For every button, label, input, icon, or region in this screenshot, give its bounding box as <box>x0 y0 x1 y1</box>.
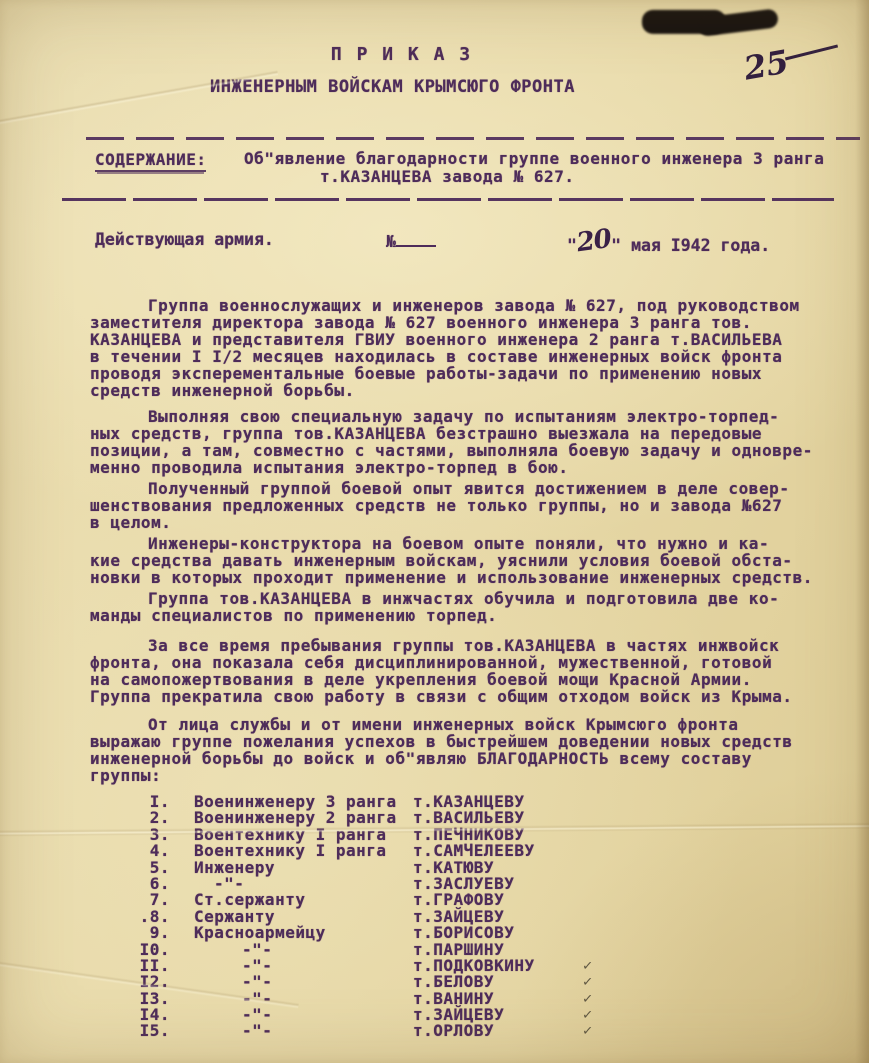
paragraph-line: Полученный группой боевой опыт явится до… <box>90 480 856 497</box>
paragraph-4: Инженеры-конструктора на боевом опыте по… <box>90 535 856 586</box>
paragraph-line: выражаю группе пожелания успехов в быстр… <box>90 733 856 750</box>
paragraph-line: заместителя директора завода № 627 военн… <box>90 314 856 331</box>
paragraph-line: шенствования предложенных средств не тол… <box>90 497 856 514</box>
separator-line-top <box>86 137 860 140</box>
check-icon: ✓ <box>581 959 594 976</box>
paragraph-line: средств инженерной борьбы. <box>90 382 856 399</box>
redaction-mark <box>641 1 781 43</box>
doc-subtitle: ИНЖЕНЕРНЫМ ВОЙСКАМ КРЫМСЮГО ФРОНТА <box>0 77 785 97</box>
check-icon: ✓ <box>581 1024 594 1041</box>
paragraph-1: Группа военнослужащих и инженеров завода… <box>90 297 856 399</box>
paragraph-line: группы: <box>90 767 856 784</box>
subject-label: СОДЕРЖАНИЕ: <box>95 150 206 172</box>
paragraph-line: КАЗАНЦЕВА и представителя ГВИУ военного … <box>90 331 856 348</box>
check-icon: ✓ <box>581 991 594 1008</box>
paragraph-line: на самопожертвования в деле укрепления б… <box>90 671 856 688</box>
dateline-date: "20"мая I942 года. <box>567 228 770 258</box>
number-blank-line <box>396 230 436 247</box>
paragraph-line: От лица службы и от имени инженерных вой… <box>90 716 856 733</box>
separator-line-bottom <box>62 198 834 201</box>
paragraph-line: менно проводила испытания электро-торпед… <box>90 459 856 476</box>
paragraph-line: кие средства давать инженерным войскам, … <box>90 552 856 569</box>
handwritten-day: 20 <box>575 224 613 258</box>
number-sign: № <box>386 232 396 251</box>
check-icon: ✓ <box>581 975 594 992</box>
paragraph-line: проводя эксперементальные боевые работы-… <box>90 365 856 382</box>
paragraph-line: новки в которых проходит применение и ис… <box>90 569 856 586</box>
paragraph-3: Полученный группой боевой опыт явится до… <box>90 480 856 531</box>
paragraph-line: ных средств, группа тов.КАЗАНЦЕВА безстр… <box>90 425 856 442</box>
paragraph-line: позиции, а там, совместно с частями, вып… <box>90 442 856 459</box>
paragraph-6: За все время пребывания группы тов.КАЗАН… <box>90 637 856 705</box>
paragraph-line: фронта, она показала себя дисциплинирова… <box>90 654 856 671</box>
dateline-place: Действующая армия. <box>95 230 274 249</box>
subject-line-2: т.КАЗАНЦЕВА завода № 627. <box>320 167 575 186</box>
paragraph-line: Группа тов.КАЗАНЦЕВА в инжчастях обучила… <box>90 590 856 607</box>
dateline-number: № <box>386 230 436 251</box>
subject-line-1: Об"явление благодарности группе военного… <box>244 149 824 168</box>
paragraph-line: манды специалистов по применению торпед. <box>90 607 856 624</box>
ditto-mark: -"- <box>194 1023 272 1040</box>
date-text: мая I942 года. <box>631 236 770 255</box>
paragraph-7: От лица службы и от имени инженерных вой… <box>90 716 856 784</box>
paragraph-5: Группа тов.КАЗАНЦЕВА в инжчастях обучила… <box>90 590 856 624</box>
paragraph-line: За все время пребывания группы тов.КАЗАН… <box>90 637 856 654</box>
paragraph-line: инженерной борьбы до войск и об"являю БЛ… <box>90 750 856 767</box>
paragraph-line: Группа военнослужащих и инженеров завода… <box>90 297 856 314</box>
doc-title: П Р И К А З <box>0 44 803 65</box>
paragraph-line: Инженеры-конструктора на боевом опыте по… <box>90 535 856 552</box>
list-row: I5.-"-т.ОРЛОВУ✓ <box>130 1023 790 1039</box>
paragraph-line: Группа прекратила свою работу в связи с … <box>90 688 856 705</box>
row-name: т.ОРЛОВУ <box>413 1023 494 1040</box>
recipient-list: I.Военинженеру 3 рангат.КАЗАНЦЕВУ2.Воени… <box>130 794 790 1040</box>
paragraph-line: Выполняя свою специальную задачу по испы… <box>90 408 856 425</box>
paragraph-line: в целом. <box>90 514 856 531</box>
check-icon: ✓ <box>581 1008 594 1025</box>
document-page: 25 П Р И К А З ИНЖЕНЕРНЫМ ВОЙСКАМ КРЫМСЮ… <box>0 0 869 1063</box>
paper-edge-shadow <box>855 0 869 1063</box>
paragraph-2: Выполняя свою специальную задачу по испы… <box>90 408 856 476</box>
row-number: I5. <box>130 1023 170 1040</box>
paragraph-line: в течении I I/2 месяцев находилась в сос… <box>90 348 856 365</box>
